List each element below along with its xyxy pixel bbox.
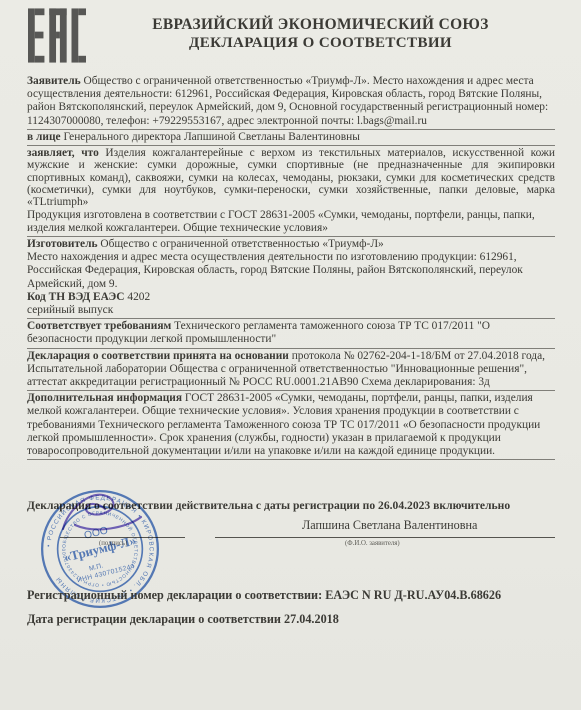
tnved-code-value: 4202 [127, 291, 150, 303]
compliance-label: Соответствует требованиям [27, 320, 171, 332]
basis-paragraph: Декларация о соответствии принята на осн… [27, 350, 555, 390]
handwritten-signature [55, 487, 170, 542]
manufacturer-paragraph: Изготовитель Общество с ограниченной отв… [27, 238, 555, 251]
title-union: ЕВРАЗИЙСКИЙ ЭКОНОМИЧЕСКИЙ СОЮЗ [86, 15, 555, 34]
registration-number-label: Регистрационный номер декларации о соотв… [27, 588, 322, 602]
in-person-label: в лице [27, 131, 61, 143]
registration-number-value: ЕАЭС N RU Д-RU.АУ04.В.68626 [325, 588, 501, 602]
declares-paragraph: заявляет, что Изделия кожгалантерейные с… [27, 147, 555, 208]
in-person-text: Генерального директора Лапшиной Светланы… [63, 131, 359, 143]
document-title: ЕВРАЗИЙСКИЙ ЭКОНОМИЧЕСКИЙ СОЮЗ ДЕКЛАРАЦИ… [86, 8, 555, 53]
registration-date-line: Дата регистрации декларации о соответств… [27, 612, 561, 627]
manufacturer-label: Изготовитель [27, 238, 98, 250]
name-caption: (Ф.И.О. заявителя) [345, 540, 400, 547]
document-body: Заявитель Общество с ограниченной ответс… [0, 68, 581, 460]
additional-info-label: Дополнительная информация [27, 392, 182, 404]
declares-label: заявляет, что [27, 147, 99, 159]
additional-info-paragraph: Дополнительная информация ГОСТ 28631-200… [27, 392, 555, 458]
applicant-label: Заявитель [27, 75, 81, 87]
document-header: ЕВРАЗИЙСКИЙ ЭКОНОМИЧЕСКИЙ СОЮЗ ДЕКЛАРАЦИ… [0, 0, 581, 68]
manufacturer-name: Общество с ограниченной ответственностью… [100, 238, 383, 250]
eac-logo-icon [28, 8, 86, 63]
section-divider [27, 145, 555, 146]
declaration-document: ЕВРАЗИЙСКИЙ ЭКОНОМИЧЕСКИЙ СОЮЗ ДЕКЛАРАЦИ… [0, 0, 581, 710]
applicant-text: Общество с ограниченной ответственностью… [27, 75, 548, 127]
compliance-paragraph: Соответствует требованиям Технического р… [27, 320, 555, 346]
section-divider [27, 129, 555, 130]
title-declaration: ДЕКЛАРАЦИЯ О СООТВЕТСТВИИ [86, 34, 555, 53]
registration-date-label: Дата регистрации декларации о соответств… [27, 612, 281, 626]
declares-text: Изделия кожгалантерейные с верхом из тек… [27, 147, 555, 208]
name-line [215, 537, 555, 538]
basis-label: Декларация о соответствии принята на осн… [27, 350, 289, 362]
in-person-paragraph: в лице Генерального директора Лапшиной С… [27, 131, 555, 144]
section-divider [27, 318, 555, 319]
made-in-paragraph: Продукция изготовлена в соответствии с Г… [27, 209, 555, 235]
applicant-full-name: Лапшина Светлана Валентиновна [302, 518, 477, 533]
tnved-code-label: Код ТН ВЭД ЕАЭС [27, 291, 125, 303]
registration-date-value: 27.04.2018 [284, 612, 339, 626]
manufacturer-address: Место нахождения и адрес места осуществл… [27, 251, 555, 291]
section-divider [27, 390, 555, 391]
release-type-line: серийный выпуск [27, 304, 555, 317]
section-divider [27, 348, 555, 349]
applicant-paragraph: Заявитель Общество с ограниченной ответс… [27, 75, 555, 128]
tnved-code-line: Код ТН ВЭД ЕАЭС 4202 [27, 291, 555, 304]
section-divider [27, 459, 555, 460]
section-divider [27, 236, 555, 237]
registration-number-line: Регистрационный номер декларации о соотв… [27, 588, 561, 603]
